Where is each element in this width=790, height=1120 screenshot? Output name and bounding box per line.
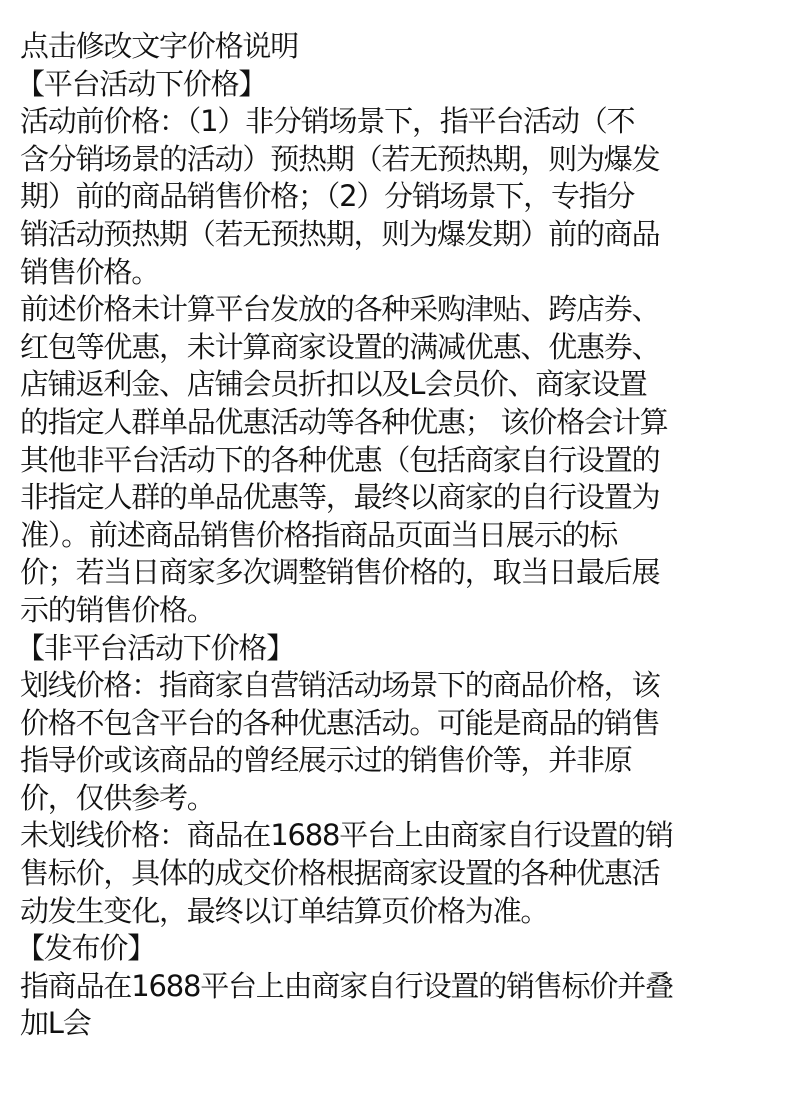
text-line: 销活动预热期（若无预热期，则为爆发期）前的商品 bbox=[20, 216, 780, 254]
text-line: 划线价格：指商家自营销活动场景下的商品价格，该 bbox=[20, 667, 780, 705]
text-line: 销售价格。 bbox=[20, 254, 780, 292]
text-line: 活动前价格：（1）非分销场景下，指平台活动（不 bbox=[20, 103, 780, 141]
text-line: 未划线价格：商品在1688平台上由商家自行设置的销 bbox=[20, 817, 780, 855]
section-heading-non-platform-activity: 【非平台活动下价格】 bbox=[16, 630, 780, 668]
text-line: 加L会 bbox=[20, 1005, 780, 1043]
text-line: 的指定人群单品优惠活动等各种优惠； 该价格会计算 bbox=[20, 404, 780, 442]
text-line: 含分销场景的活动）预热期（若无预热期，则为爆发 bbox=[20, 141, 780, 179]
text-line: 期）前的商品销售价格；（2）分销场景下，专指分 bbox=[20, 178, 780, 216]
text-line: 动发生变化，最终以订单结算页价格为准。 bbox=[20, 893, 780, 931]
text-line: 店铺返利金、店铺会员折扣以及L会员价、商家设置 bbox=[20, 366, 780, 404]
text-line: 价格不包含平台的各种优惠活动。可能是商品的销售 bbox=[20, 705, 780, 743]
text-line: 价，仅供参考。 bbox=[20, 780, 780, 818]
text-line: 价；若当日商家多次调整销售价格的，取当日最后展 bbox=[20, 554, 780, 592]
text-line: 指导价或该商品的曾经展示过的销售价等，并非原 bbox=[20, 742, 780, 780]
text-line: 售标价，具体的成交价格根据商家设置的各种优惠活 bbox=[20, 855, 780, 893]
text-line: 准）。前述商品销售价格指商品页面当日展示的标 bbox=[20, 517, 780, 555]
text-line: 其他非平台活动下的各种优惠（包括商家自行设置的 bbox=[20, 442, 780, 480]
text-line: 指商品在1688平台上由商家自行设置的销售标价并叠 bbox=[20, 968, 780, 1006]
text-line: 红包等优惠，未计算商家设置的满减优惠、优惠券、 bbox=[20, 329, 780, 367]
text-line: 前述价格未计算平台发放的各种采购津贴、跨店券、 bbox=[20, 291, 780, 329]
section-heading-platform-activity: 【平台活动下价格】 bbox=[16, 66, 780, 104]
section-heading-publish-price: 【发布价】 bbox=[16, 930, 780, 968]
text-line: 示的销售价格。 bbox=[20, 592, 780, 630]
price-description-document: 点击修改文字价格说明 【平台活动下价格】 活动前价格：（1）非分销场景下，指平台… bbox=[20, 28, 780, 1043]
text-line: 非指定人群的单品优惠等，最终以商家的自行设置为 bbox=[20, 479, 780, 517]
document-title[interactable]: 点击修改文字价格说明 bbox=[20, 28, 780, 66]
